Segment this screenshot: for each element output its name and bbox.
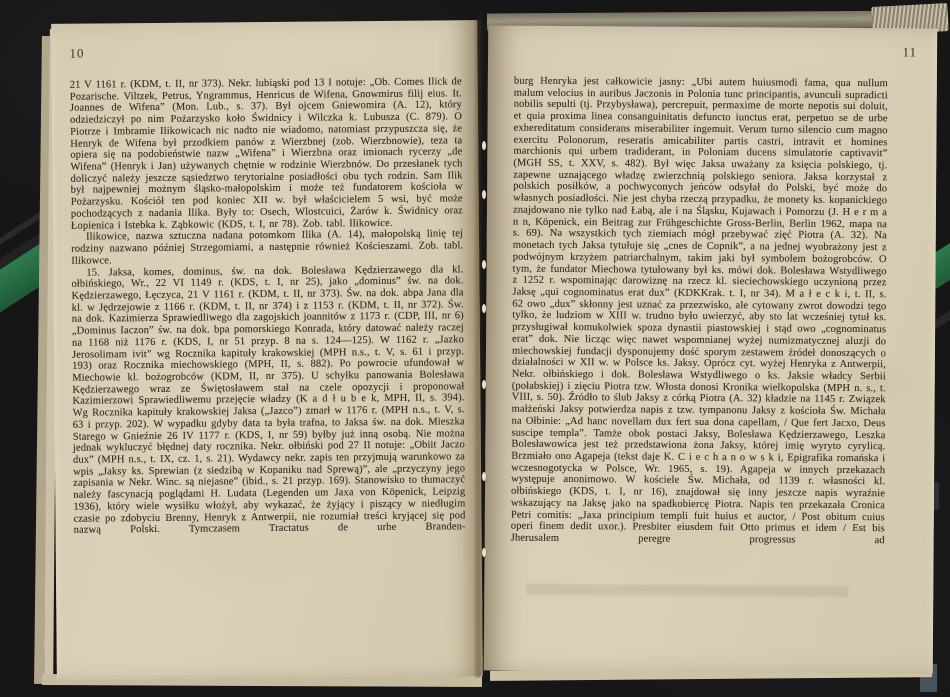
binding-stitch	[482, 548, 486, 557]
paragraph: Ilikowice, nazwa sztuczna nadana potomko…	[71, 229, 463, 268]
right-page: 11 burg Henryka jest całkowicie jasny: „…	[484, 25, 937, 673]
binding-stitch	[482, 190, 486, 199]
book-spread-photo: 10 21 V 1161 r. (KDM, t. II, nr 373). Ne…	[0, 0, 950, 697]
binding-stitch	[482, 472, 486, 481]
paragraph: 15. Jaksa, komes, dominus, św. na dok. B…	[71, 264, 465, 537]
show-through-text	[526, 584, 848, 597]
paragraph: burg Henryka jest całkowicie jasny: „Ubi…	[511, 76, 888, 547]
binding-stitch	[482, 260, 486, 269]
left-page-number: 10	[69, 46, 84, 62]
left-page: 10 21 V 1161 r. (KDM, t. II, nr 373). Ne…	[51, 20, 483, 680]
binding-stitch	[482, 380, 486, 389]
paragraph: 21 V 1161 r. (KDM, t. II, nr 373). Nekr.…	[70, 76, 463, 232]
book-gutter	[473, 20, 483, 678]
binding-stitch	[482, 141, 486, 150]
right-page-text-block: burg Henryka jest całkowicie jasny: „Ubi…	[511, 76, 888, 547]
right-page-number: 11	[902, 44, 917, 60]
left-page-text-block: 21 V 1161 r. (KDM, t. II, nr 373). Nekr.…	[70, 76, 466, 536]
binding-stitch	[482, 304, 486, 313]
